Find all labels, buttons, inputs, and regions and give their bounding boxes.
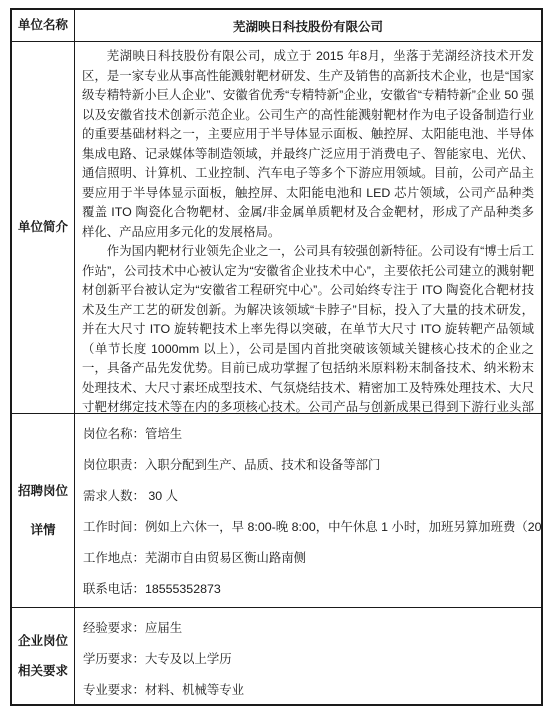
recruit-label-line2: 详情 (30, 523, 55, 538)
recruit-line-duties: 岗位职责：入职分配到生产、品质、技术和设备等部门 (83, 457, 534, 473)
recruitment-table: 单位名称 芜湖映日科技股份有限公司 单位简介 芜湖映日科技股份有限公司，成立于 … (10, 8, 543, 706)
requirement-line-education: 学历要求：大专及以上学历 (83, 651, 534, 667)
requirements-label-line1: 企业岗位 (18, 634, 68, 649)
intro-paragraph-1: 芜湖映日科技股份有限公司，成立于 2015 年8月，坐落于芜湖经济技术开发区，是… (82, 47, 534, 242)
recruit-line-work-hours: 工作时间：例如上六休一，早 8:00-晚 8:00，中午休息 1 小时，加班另算… (83, 519, 534, 535)
intro-paragraph-2: 作为国内靶材行业领先企业之一，公司具有较强创新特征。公司设有“博士后工作站”，公… (82, 242, 534, 414)
requirements-label-line2: 相关要求 (18, 664, 68, 679)
unit-name-label-cell: 单位名称 (12, 10, 75, 42)
recruit-line-contact-phone: 联系电话：18555352873 (83, 581, 534, 597)
recruit-content-cell: 岗位名称：管培生 岗位职责：入职分配到生产、品质、技术和设备等部门 需求人数： … (75, 414, 541, 608)
unit-name-label: 单位名称 (18, 18, 68, 33)
requirements-label-cell: 企业岗位 相关要求 (12, 608, 75, 704)
unit-name-value-cell: 芜湖映日科技股份有限公司 (75, 10, 541, 42)
unit-intro-content-cell: 芜湖映日科技股份有限公司，成立于 2015 年8月，坐落于芜湖经济技术开发区，是… (75, 42, 541, 414)
unit-name-value: 芜湖映日科技股份有限公司 (233, 17, 383, 35)
recruit-line-work-location: 工作地点：芜湖市自由贸易区衡山路南侧 (83, 550, 534, 566)
requirements-content-cell: 经验要求：应届生 学历要求：大专及以上学历 专业要求：材料、机械等专业 (75, 608, 541, 704)
recruit-line-position-name: 岗位名称：管培生 (83, 426, 534, 442)
document-page: 单位名称 芜湖映日科技股份有限公司 单位简介 芜湖映日科技股份有限公司，成立于 … (0, 0, 552, 714)
requirement-line-major: 专业要求：材料、机械等专业 (83, 682, 534, 698)
recruit-label-cell: 招聘岗位 详情 (12, 414, 75, 608)
unit-intro-label-cell: 单位简介 (12, 42, 75, 414)
requirement-line-experience: 经验要求：应届生 (83, 620, 534, 636)
unit-intro-label: 单位简介 (18, 220, 68, 235)
recruit-label-line1: 招聘岗位 (18, 484, 68, 499)
recruit-line-headcount: 需求人数： 30 人 (83, 488, 534, 504)
